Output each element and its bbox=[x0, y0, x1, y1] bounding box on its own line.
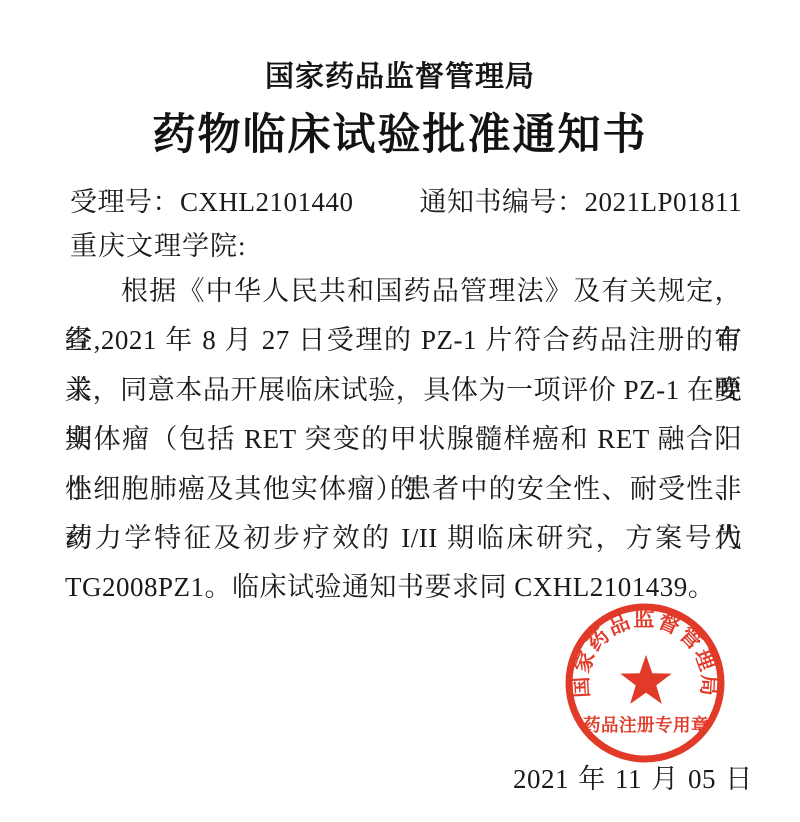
seal-star-icon bbox=[620, 655, 671, 704]
approval-notice-document: 国家药品监督管理局 药物临床试验批准通知书 受理号：CXHL2101440 通知… bbox=[0, 0, 800, 822]
official-seal-graphic: 国家药品监督管理局 药品注册专用章 bbox=[558, 596, 732, 770]
body-line: 根据《中华人民共和国药品管理法》及有关规定，经审 bbox=[65, 267, 742, 316]
seal-bottom-text: 药品注册专用章 bbox=[583, 715, 709, 735]
body-line: 求，同意本品开展临床试验，具体为一项评价 PZ-1 在晚期 bbox=[65, 366, 742, 415]
notice-number-label: 通知书编号： bbox=[419, 187, 584, 217]
addressee: 重庆文理学院: bbox=[70, 224, 247, 263]
issue-date: 2021 年 11 月 05 日 bbox=[513, 757, 753, 796]
acceptance-number: 受理号：CXHL2101440 bbox=[70, 180, 354, 219]
body-line: 实体瘤（包括 RET 突变的甲状腺髓样癌和 RET 融合阳性的非 bbox=[65, 415, 742, 464]
body-line: 小细胞肺癌及其他实体瘤）患者中的安全性、耐受性、药代 bbox=[65, 465, 742, 514]
official-seal: 国家药品监督管理局 药品注册专用章 bbox=[558, 596, 732, 770]
agency-title: 国家药品监督管理局 bbox=[0, 54, 800, 95]
body-line: 动力学特征及初步疗效的 I/II 期临床研究，方案号为 bbox=[65, 514, 742, 563]
body-text: 根据《中华人民共和国药品管理法》及有关规定，经审 查,2021 年 8 月 27… bbox=[65, 267, 742, 613]
document-title: 药物临床试验批准通知书 bbox=[0, 101, 800, 162]
body-line: 查,2021 年 8 月 27 日受理的 PZ-1 片符合药品注册的有关要 bbox=[65, 316, 742, 365]
acceptance-number-label: 受理号： bbox=[70, 187, 180, 217]
acceptance-number-value: CXHL2101440 bbox=[180, 187, 354, 217]
meta-row: 受理号：CXHL2101440 通知书编号：2021LP01811 bbox=[70, 180, 742, 219]
notice-number-value: 2021LP01811 bbox=[584, 187, 742, 217]
notice-number: 通知书编号：2021LP01811 bbox=[419, 180, 742, 219]
